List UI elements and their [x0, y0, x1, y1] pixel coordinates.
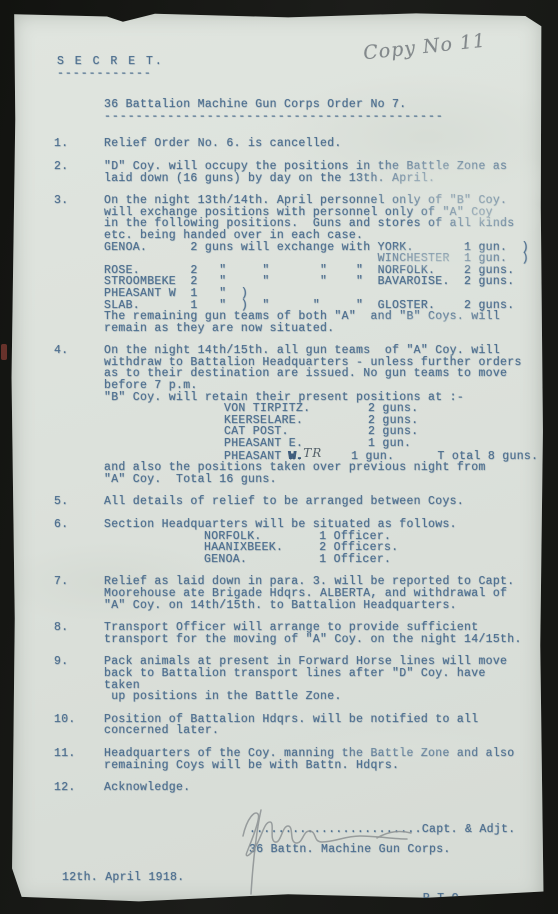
item-number: 1. [54, 138, 104, 150]
item-text: Section Headquarters will be situated as… [104, 519, 528, 531]
item-number: 12. [54, 782, 104, 794]
item-number: 9. [54, 656, 104, 702]
hq-row: GENOA. 1 Officer. [204, 554, 528, 566]
classification-underline: ------------ [57, 68, 528, 80]
item-text: All details of relief to be arranged bet… [104, 496, 528, 508]
gun-exchange-table: GENOA. 2 guns will exchange with YORK. 1… [104, 242, 529, 312]
order-item-10: 10. Position of Battalion Hdqrs. will be… [54, 714, 528, 737]
item-text: Headquarters of the Coy. manning the Bat… [104, 748, 528, 771]
item-text: On the night 13th/14th. April personnel … [104, 195, 529, 241]
item-number: 8. [54, 622, 104, 645]
item-body: Position of Battalion Hdqrs. will be not… [104, 714, 528, 737]
signature-typed-line: ........................Capt. & Adjt. [249, 824, 528, 836]
section-hq-list: NORFOLK. 1 Officer. HAANIXBEEK. 2 Office… [204, 531, 528, 566]
item-body: "D" Coy. will occupy the positions in th… [104, 161, 528, 184]
item-number: 2. [54, 161, 104, 184]
item-number: 4. [54, 345, 104, 485]
position-row: PHEASANT E. 1 gun. [224, 438, 538, 450]
item-body: Section Headquarters will be situated as… [104, 519, 528, 565]
order-item-3: 3. On the night 13th/14th. April personn… [54, 195, 528, 334]
order-title: 36 Battalion Machine Gun Corps Order No … [104, 99, 528, 122]
document-content: S E C R E T. ------------ 36 Battalion M… [11, 12, 544, 904]
document-date: 12th. April 1918. [62, 872, 528, 884]
order-item-1: 1. Relief Order No. 6. is cancelled. [54, 138, 528, 150]
item-text: "D" Coy. will occupy the positions in th… [104, 161, 528, 184]
item-text: Acknowledge. [104, 782, 528, 794]
item-text: On the night 14th/15th. all gun teams of… [104, 345, 538, 403]
item-body: Headquarters of the Coy. manning the Bat… [104, 748, 528, 771]
order-item-4: 4. On the night 14th/15th. all gun teams… [54, 345, 528, 485]
item-text: Relief Order No. 6. is cancelled. [104, 138, 528, 150]
item-text: Pack animals at present in Forward Horse… [104, 656, 528, 702]
item-number: 5. [54, 496, 104, 508]
order-item-7: 7. Relief as laid down in para. 3. will … [54, 576, 528, 611]
exchange-row: WINCHESTER 1 gun. ) [104, 253, 529, 265]
item-number: 7. [54, 576, 104, 611]
item-number: 10. [54, 714, 104, 737]
order-item-12: 12. Acknowledge. [54, 782, 528, 794]
item-text: Relief as laid down in para. 3. will be … [104, 576, 528, 611]
handwritten-correction: TR [303, 446, 322, 460]
item-body: Relief as laid down in para. 3. will be … [104, 576, 528, 611]
item-text-continued: and also the positions taken over previo… [104, 462, 538, 485]
classification-heading: S E C R E T. ------------ [57, 56, 528, 79]
red-edge-mark [1, 344, 7, 360]
order-item-2: 2. "D" Coy. will occupy the positions in… [54, 161, 528, 184]
order-title-underline: ----------------------------------------… [104, 111, 528, 123]
item-number: 3. [54, 195, 104, 334]
document-page: Copy No 11 S E C R E T. ------------ 36 … [11, 12, 544, 904]
order-item-11: 11. Headquarters of the Coy. manning the… [54, 748, 528, 771]
item-body: Transport Officer will arrange to provid… [104, 622, 528, 645]
item-text: Transport Officer will arrange to provid… [104, 622, 528, 645]
item-number: 11. [54, 748, 104, 771]
retained-positions-list: VON TIRPITZ. 2 guns. KEERSELARE. 2 guns.… [224, 403, 538, 462]
item-body: On the night 14th/15th. all gun teams of… [104, 345, 538, 485]
item-text-continued: The remaining gun teams of both "A" and … [104, 311, 529, 334]
unit-line: 36 Battn. Machine Gun Corps. [249, 844, 528, 856]
order-item-9: 9. Pack animals at present in Forward Ho… [54, 656, 528, 702]
item-body: On the night 13th/14th. April personnel … [104, 195, 529, 334]
item-body: All details of relief to be arranged bet… [104, 496, 528, 508]
pto-note: P.T.O. [54, 893, 528, 905]
classification-text: S E C R E T. [57, 56, 528, 68]
item-text: Position of Battalion Hdqrs. will be not… [104, 714, 528, 737]
exchange-row: PHEASANT W 1 " ) [104, 288, 529, 300]
signature-block: ........................Capt. & Adjt. 36… [249, 824, 528, 856]
item-number: 6. [54, 519, 104, 565]
order-item-6: 6. Section Headquarters will be situated… [54, 519, 528, 565]
item-body: Pack animals at present in Forward Horse… [104, 656, 528, 702]
item-body: Relief Order No. 6. is cancelled. [104, 138, 528, 150]
order-item-8: 8. Transport Officer will arrange to pro… [54, 622, 528, 645]
item-body: Acknowledge. [104, 782, 528, 794]
order-item-5: 5. All details of relief to be arranged … [54, 496, 528, 508]
scanned-document-photo: Copy No 11 S E C R E T. ------------ 36 … [0, 0, 558, 914]
